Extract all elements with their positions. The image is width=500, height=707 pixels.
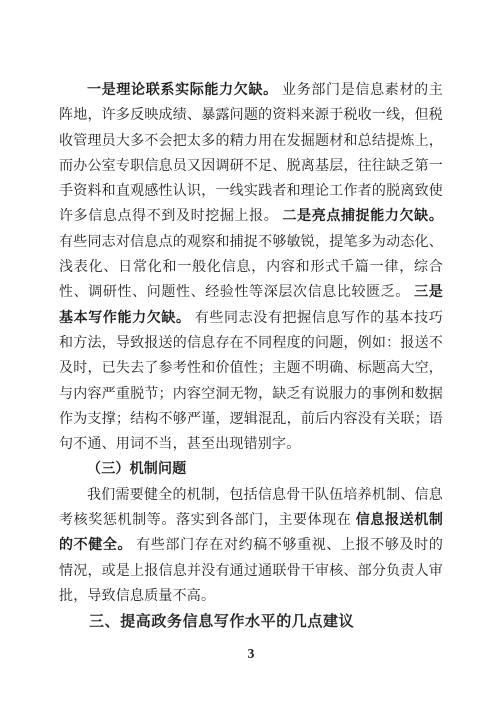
document-text-block: 一是理论联系实际能力欠缺。 业务部门是信息素材的主阵地，许多反映成绩、暴露问题的… xyxy=(59,78,443,666)
inline-heading-theory-link: 一是理论联系实际能力欠缺。 xyxy=(87,83,278,98)
inline-heading-highlight-capture: 二是亮点捕捉能力欠缺。 xyxy=(283,209,443,224)
body-text: 有些同志对信息点的观察和捕捉不够敏锐，提笔多为动态化、浅表化、日常化和一般化信息… xyxy=(59,235,443,301)
chapter-heading-suggestions: 三、提高政务信息写作水平的几点建议 xyxy=(59,609,443,634)
page-number: 3 xyxy=(59,641,443,666)
body-text: 业务部门是信息素材的主阵地，许多反映成绩、暴露问题的资料来源于税收一线，但税收管… xyxy=(59,83,443,224)
paragraph-mechanism: 我们需要健全的机制，包括信息骨干队伍培养机制、信息考核奖惩机制等。落实到各部门，… xyxy=(59,483,443,609)
body-text: 有些同志没有把握信息写作的基本技巧和方法，导致报送的信息存在不同程度的问题，例如… xyxy=(59,311,443,452)
section-heading-mechanism: （三）机制问题 xyxy=(59,457,443,482)
document-page: 一是理论联系实际能力欠缺。 业务部门是信息素材的主阵地，许多反映成绩、暴露问题的… xyxy=(0,0,500,707)
paragraph-writing-ability: 一是理论联系实际能力欠缺。 业务部门是信息素材的主阵地，许多反映成绩、暴露问题的… xyxy=(59,78,443,457)
